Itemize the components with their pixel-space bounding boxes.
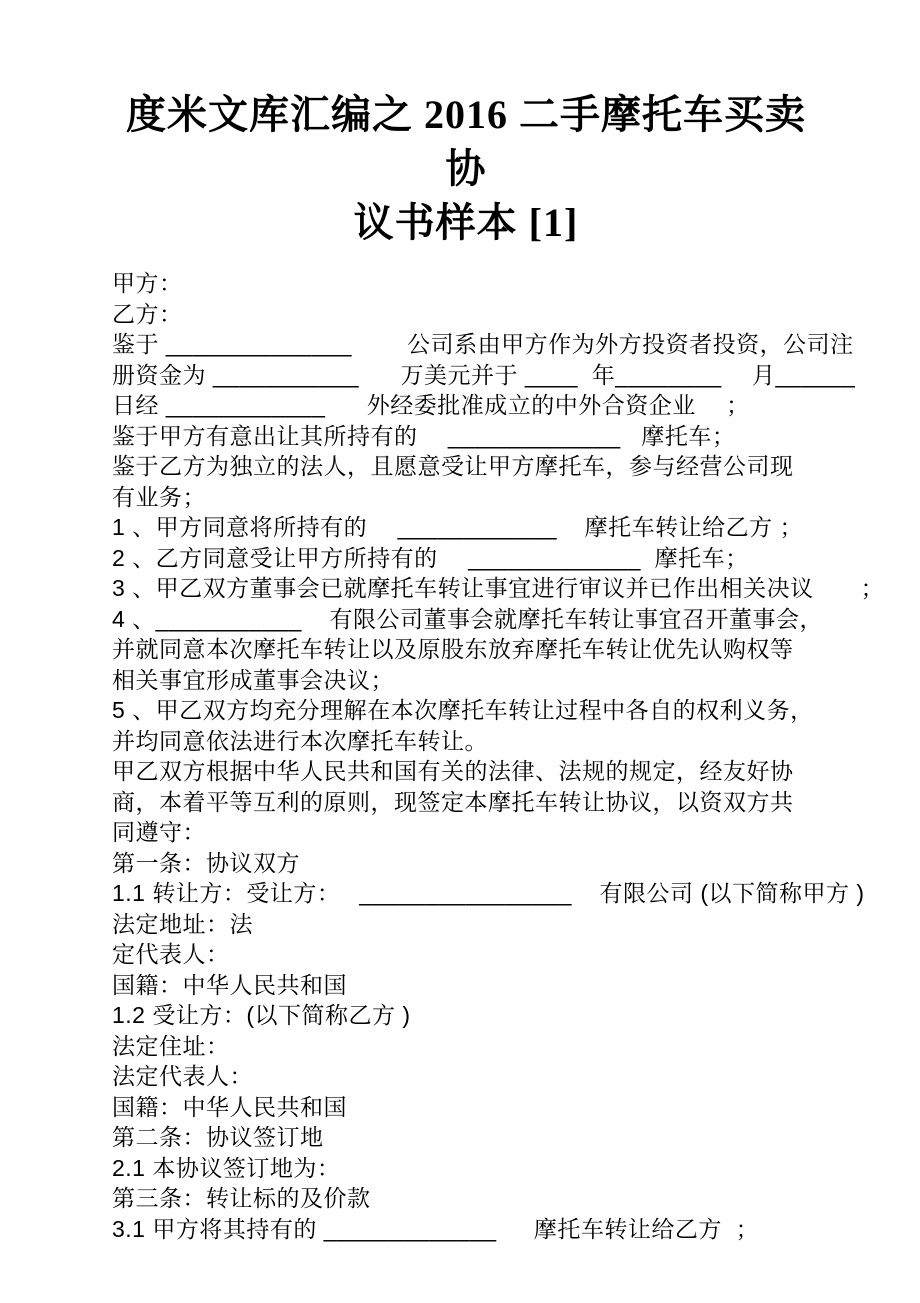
document-line: 同遵守： xyxy=(112,817,820,848)
document-line: 并就同意本次摩托车转让以及原股东放弃摩托车转让优先认购权等 xyxy=(112,634,820,665)
document-line: 1 、甲方同意将所持有的 ____________ 摩托车转让给乙方 ； xyxy=(112,512,820,543)
document-line: 第三条：转让标的及价款 xyxy=(112,1183,820,1214)
document-line: 1.1 转让方：受让方： ________________ 有限公司 (以下简称… xyxy=(112,878,820,909)
document-line: 2.1 本协议签订地为： xyxy=(112,1153,820,1184)
document-line: 甲方： xyxy=(112,268,820,299)
document-line: 日经 ____________ 外经委批准成立的中外合资企业 ； xyxy=(112,390,820,421)
document-line: 鉴于乙方为独立的法人，且愿意受让甲方摩托车，参与经营公司现 xyxy=(112,451,820,482)
document-line: 3.1 甲方将其持有的 _____________ 摩托车转让给乙方 ； xyxy=(112,1214,820,1245)
document-line: 法定住址： xyxy=(112,1031,820,1062)
document-line: 鉴于甲方有意出让其所持有的 _____________ 摩托车； xyxy=(112,421,820,452)
document-line: 第一条：协议双方 xyxy=(112,848,820,879)
document-content: 度米文库汇编之 2016 二手摩托车买卖协 议书样本 [1] 甲方： 乙方： 鉴… xyxy=(0,0,920,1244)
document-title: 度米文库汇编之 2016 二手摩托车买卖协 议书样本 [1] xyxy=(116,88,816,250)
document-line: 第二条：协议签订地 xyxy=(112,1122,820,1153)
document-line: 商，本着平等互利的原则，现签定本摩托车转让协议，以资双方共 xyxy=(112,787,820,818)
document-line: 2 、乙方同意受让甲方所持有的 _____________ 摩托车； xyxy=(112,543,820,574)
document-title-line-2: 议书样本 [1] xyxy=(116,196,816,250)
document-line: 国籍：中华人民共和国 xyxy=(112,970,820,1001)
document-line: 5 、甲乙双方均充分理解在本次摩托车转让过程中各自的权利义务， xyxy=(112,695,820,726)
document-line: 4 、___________ 有限公司董事会就摩托车转让事宜召开董事会， xyxy=(112,604,820,635)
document-line: 定代表人： xyxy=(112,939,820,970)
document-body: 甲方： 乙方： 鉴于 ______________ 公司系由甲方作为外方投资者投… xyxy=(112,268,820,1244)
document-line: 国籍：中华人民共和国 xyxy=(112,1092,820,1123)
document-line: 鉴于 ______________ 公司系由甲方作为外方投资者投资，公司注 xyxy=(112,329,820,360)
document-line: 并均同意依法进行本次摩托车转让。 xyxy=(112,726,820,757)
document-line: 册资金为 ___________ 万美元并于 ____ 年________ 月_… xyxy=(112,360,820,391)
document-line: 3 、甲乙双方董事会已就摩托车转让事宜进行审议并已作出相关决议 ； xyxy=(112,573,820,604)
document-line: 法定地址：法 xyxy=(112,909,820,940)
document-page: 度米文库汇编之 2016 二手摩托车买卖协 议书样本 [1] 甲方： 乙方： 鉴… xyxy=(0,0,920,1303)
document-line: 1.2 受让方：(以下简称乙方 ) xyxy=(112,1000,820,1031)
document-line: 有业务； xyxy=(112,482,820,513)
document-line: 法定代表人： xyxy=(112,1061,820,1092)
document-line: 甲乙双方根据中华人民共和国有关的法律、法规的规定，经友好协 xyxy=(112,756,820,787)
document-title-line-1: 度米文库汇编之 2016 二手摩托车买卖协 xyxy=(116,88,816,196)
document-line: 相关事宜形成董事会决议； xyxy=(112,665,820,696)
document-line: 乙方： xyxy=(112,299,820,330)
